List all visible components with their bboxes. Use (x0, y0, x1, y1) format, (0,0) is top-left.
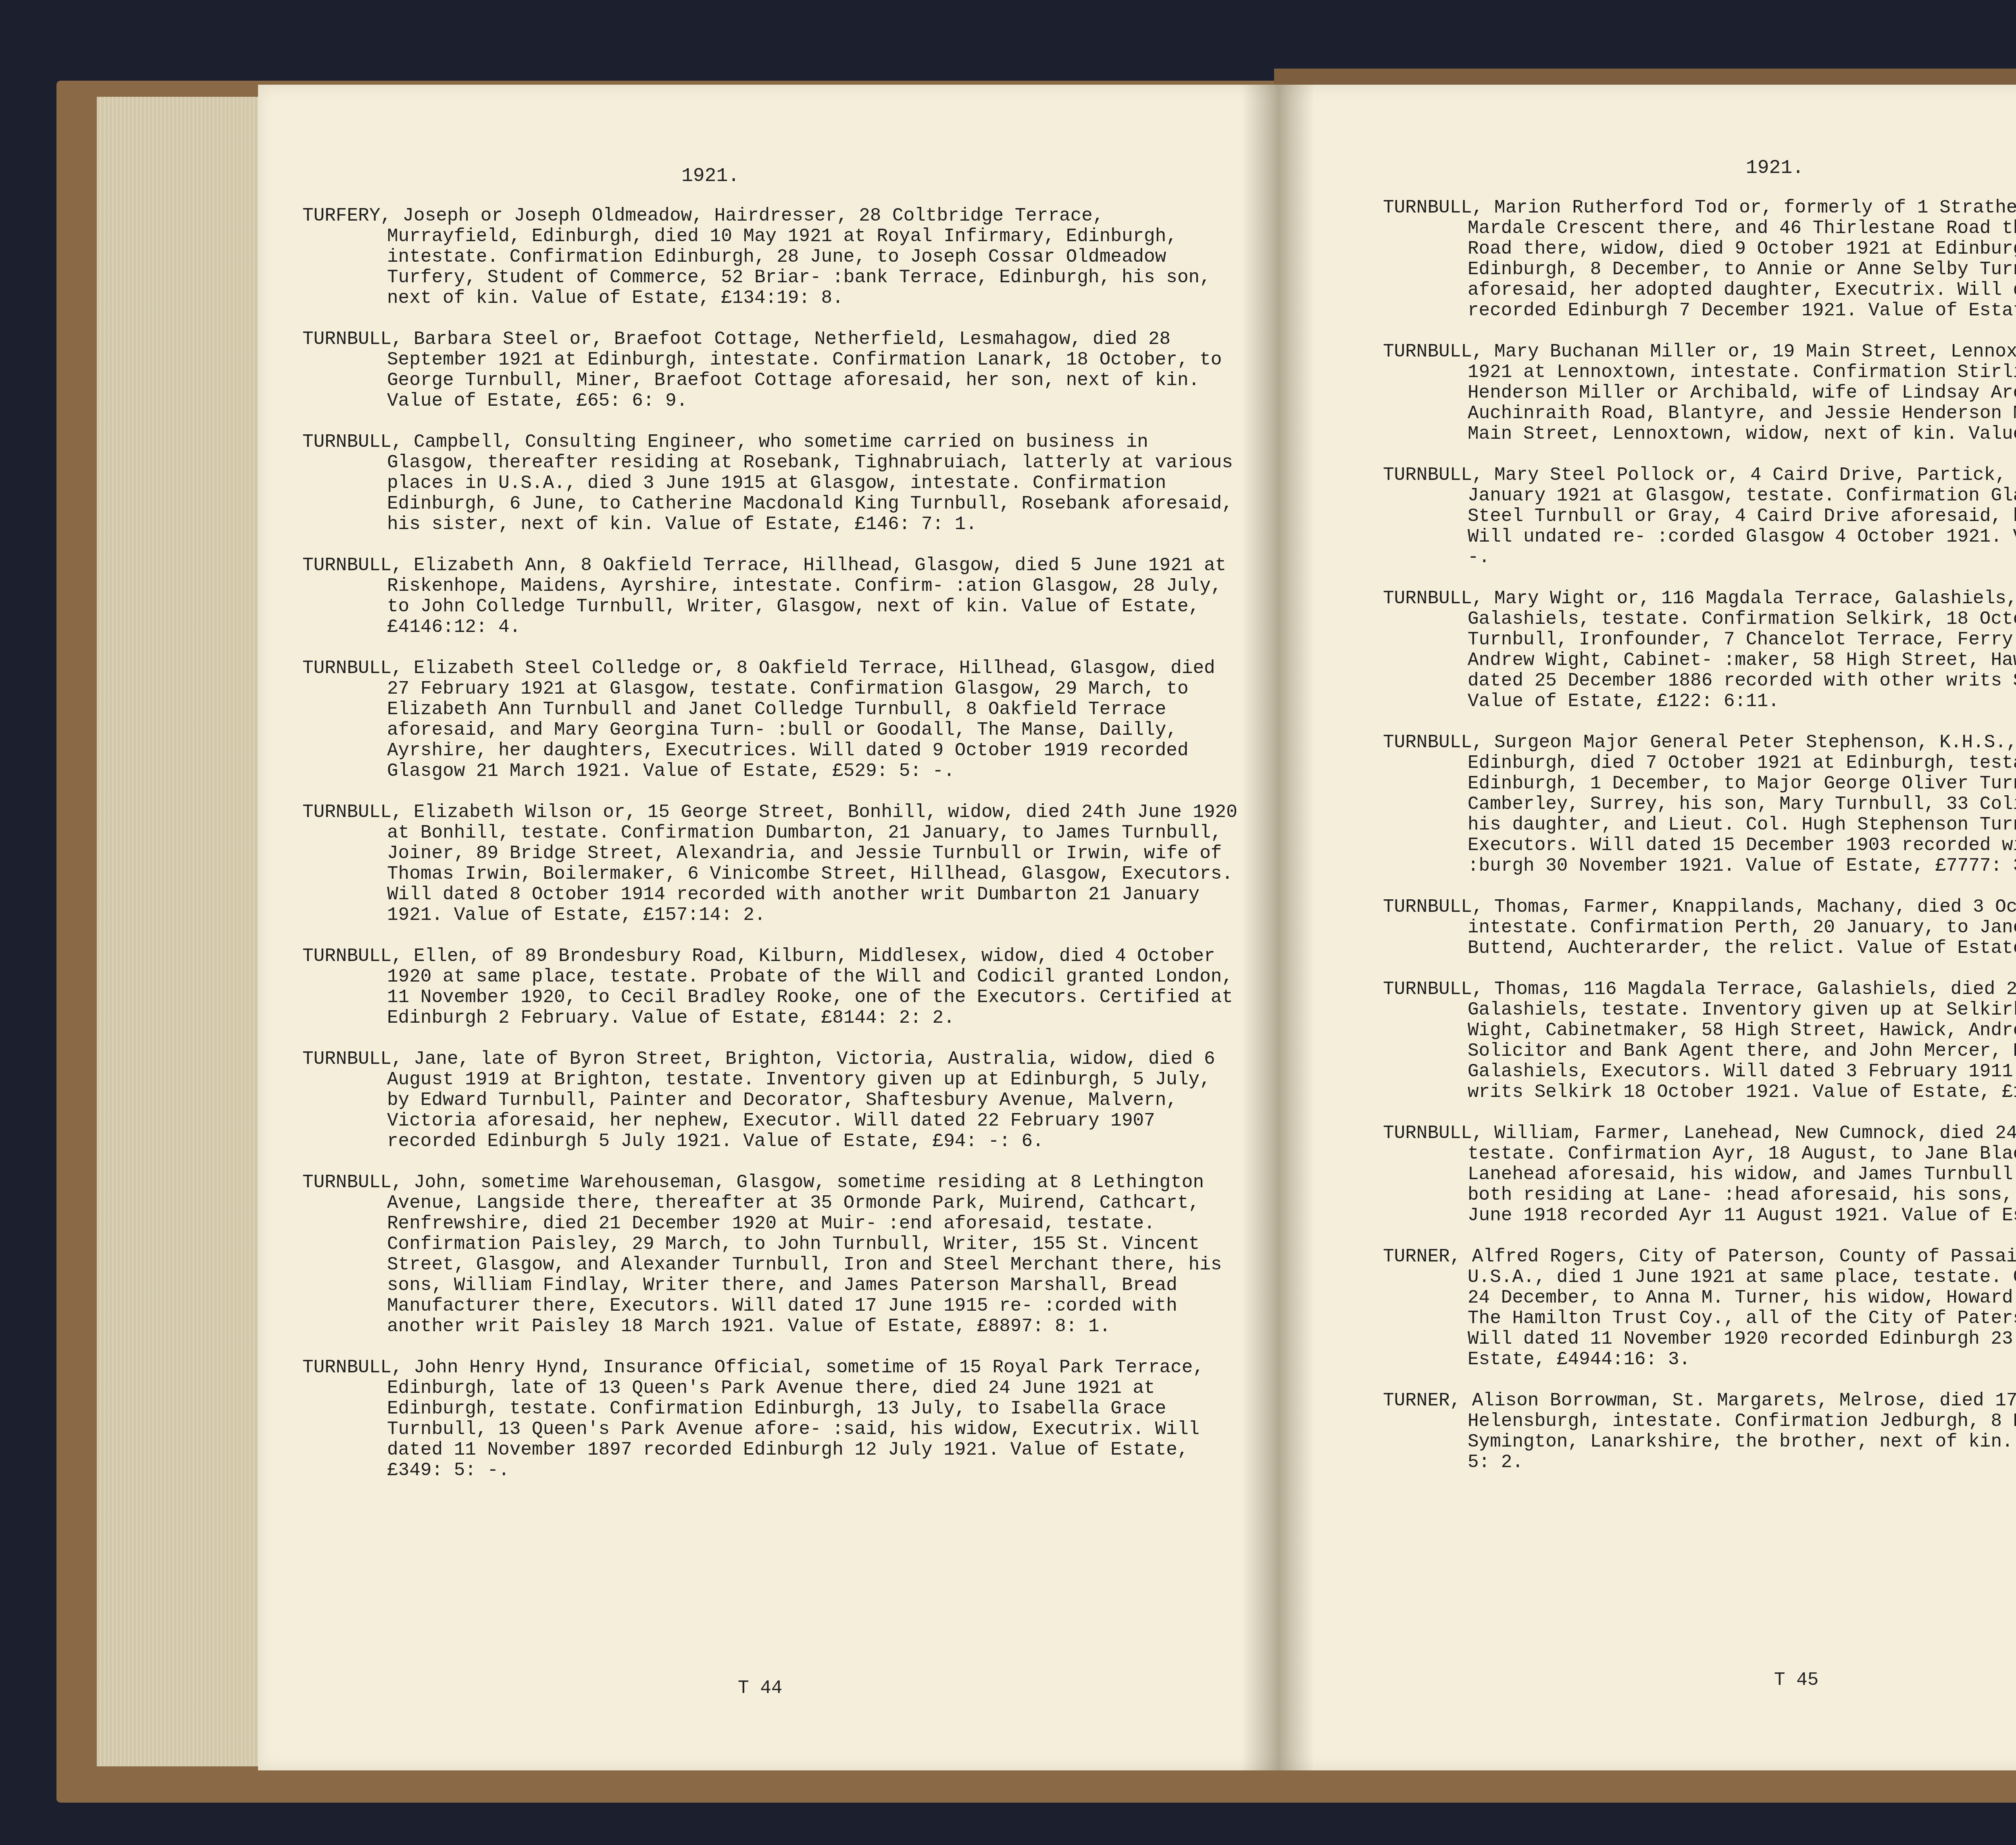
entry-text: Mary Wight or, 116 Magdala Terrace, Gala… (1468, 588, 2016, 712)
register-entry: TURNER, Alfred Rogers, City of Paterson,… (1383, 1247, 2016, 1370)
register-entry: TURNBULL, Barbara Steel or, Braefoot Cot… (302, 329, 1242, 411)
entry-surname: TURNBULL, (302, 1049, 402, 1069)
year-header: 1921. (681, 165, 739, 187)
entry-surname: TURNBULL, (302, 1357, 402, 1378)
year-header: 1921. (1746, 157, 1804, 179)
page-number: T 45 (1774, 1670, 1818, 1691)
page-stack-left (97, 97, 266, 1766)
register-entry: TURNER, Alison Borrowman, St. Margarets,… (1383, 1391, 2016, 1473)
entry-text: Thomas, Farmer, Knappilands, Machany, di… (1468, 896, 2016, 959)
entry-surname: TURNBULL, (1383, 465, 1483, 486)
entry-surname: TURNBULL, (302, 802, 402, 823)
entry-surname: TURNBULL, (302, 432, 402, 452)
entry-text: Elizabeth Steel Colledge or, 8 Oakfield … (387, 658, 1215, 782)
entry-text: Campbell, Consulting Engineer, who somet… (387, 432, 1233, 535)
entry-text: William, Farmer, Lanehead, New Cumnock, … (1468, 1123, 2016, 1226)
entry-text: Thomas, 116 Magdala Terrace, Galashiels,… (1468, 979, 2016, 1103)
entry-text: Alfred Rogers, City of Paterson, County … (1468, 1246, 2016, 1370)
register-entry: TURNBULL, Elizabeth Steel Colledge or, 8… (302, 658, 1242, 782)
entries-list: TURNBULL, Marion Rutherford Tod or, form… (1383, 198, 2016, 1493)
entry-surname: TURNER, (1383, 1390, 1461, 1411)
register-entry: TURNBULL, Thomas, Farmer, Knappilands, M… (1383, 897, 2016, 959)
entry-surname: TURNBULL, (1383, 732, 1483, 753)
entry-text: John, sometime Warehouseman, Glasgow, so… (387, 1172, 1222, 1337)
page-number: T 44 (738, 1678, 782, 1699)
entry-text: Ellen, of 89 Brondesbury Road, Kilburn, … (387, 946, 1233, 1028)
register-entry: TURNBULL, Mary Buchanan Miller or, 19 Ma… (1383, 342, 2016, 444)
register-entry: TURNBULL, Thomas, 116 Magdala Terrace, G… (1383, 979, 2016, 1103)
register-entry: TURNBULL, Surgeon Major General Peter St… (1383, 732, 2016, 876)
left-page: 1921. TURFERY, Joseph or Joseph Oldmeado… (258, 85, 1282, 1770)
entry-text: John Henry Hynd, Insurance Official, som… (387, 1357, 1204, 1481)
entry-text: Jane, late of Byron Street, Brighton, Vi… (387, 1049, 1215, 1152)
entry-text: Marion Rutherford Tod or, formerly of 1 … (1468, 197, 2016, 321)
entry-surname: TURNBULL, (1383, 588, 1483, 609)
register-entry: TURNBULL, Elizabeth Wilson or, 15 George… (302, 802, 1242, 926)
register-entry: TURFERY, Joseph or Joseph Oldmeadow, Hai… (302, 206, 1242, 309)
entry-text: Surgeon Major General Peter Stephenson, … (1468, 732, 2016, 876)
entry-surname: TURNER, (1383, 1246, 1461, 1267)
register-entry: TURNBULL, Mary Steel Pollock or, 4 Caird… (1383, 465, 2016, 568)
entry-surname: TURNBULL, (1383, 1123, 1483, 1144)
entry-surname: TURNBULL, (1383, 896, 1483, 917)
register-entry: TURNBULL, Mary Wight or, 116 Magdala Ter… (1383, 588, 2016, 712)
entries-list: TURFERY, Joseph or Joseph Oldmeadow, Hai… (302, 206, 1242, 1501)
entry-surname: TURNBULL, (302, 946, 402, 967)
entry-text: Mary Buchanan Miller or, 19 Main Street,… (1468, 341, 2016, 444)
register-entry: TURNBULL, John, sometime Warehouseman, G… (302, 1172, 1242, 1337)
entry-text: Elizabeth Ann, 8 Oakfield Terrace, Hillh… (387, 555, 1226, 638)
entry-text: Joseph or Joseph Oldmeadow, Hairdresser,… (387, 205, 1211, 309)
entry-text: Barbara Steel or, Braefoot Cottage, Neth… (387, 329, 1222, 411)
entry-text: Alison Borrowman, St. Margarets, Melrose… (1468, 1390, 2016, 1473)
entry-text: Elizabeth Wilson or, 15 George Street, B… (387, 802, 1237, 926)
entry-surname: TURNBULL, (302, 1172, 402, 1193)
register-entry: TURNBULL, John Henry Hynd, Insurance Off… (302, 1357, 1242, 1481)
entry-surname: TURNBULL, (302, 329, 402, 350)
entry-surname: TURNBULL, (302, 658, 402, 679)
register-entry: TURNBULL, Marion Rutherford Tod or, form… (1383, 198, 2016, 321)
right-page: 1921. TURNBULL, Marion Rutherford Tod or… (1278, 85, 2016, 1770)
register-entry: TURNBULL, William, Farmer, Lanehead, New… (1383, 1123, 2016, 1226)
entry-surname: TURNBULL, (1383, 197, 1483, 218)
entry-surname: TURNBULL, (1383, 341, 1483, 362)
register-entry: TURNBULL, Jane, late of Byron Street, Br… (302, 1049, 1242, 1152)
entry-surname: TURNBULL, (1383, 979, 1483, 1000)
entry-text: Mary Steel Pollock or, 4 Caird Drive, Pa… (1468, 465, 2016, 568)
register-entry: TURNBULL, Campbell, Consulting Engineer,… (302, 432, 1242, 535)
book-gutter (1242, 85, 1314, 1770)
register-entry: TURNBULL, Elizabeth Ann, 8 Oakfield Terr… (302, 555, 1242, 638)
register-entry: TURNBULL, Ellen, of 89 Brondesbury Road,… (302, 946, 1242, 1028)
entry-surname: TURFERY, (302, 205, 392, 226)
entry-surname: TURNBULL, (302, 555, 402, 576)
